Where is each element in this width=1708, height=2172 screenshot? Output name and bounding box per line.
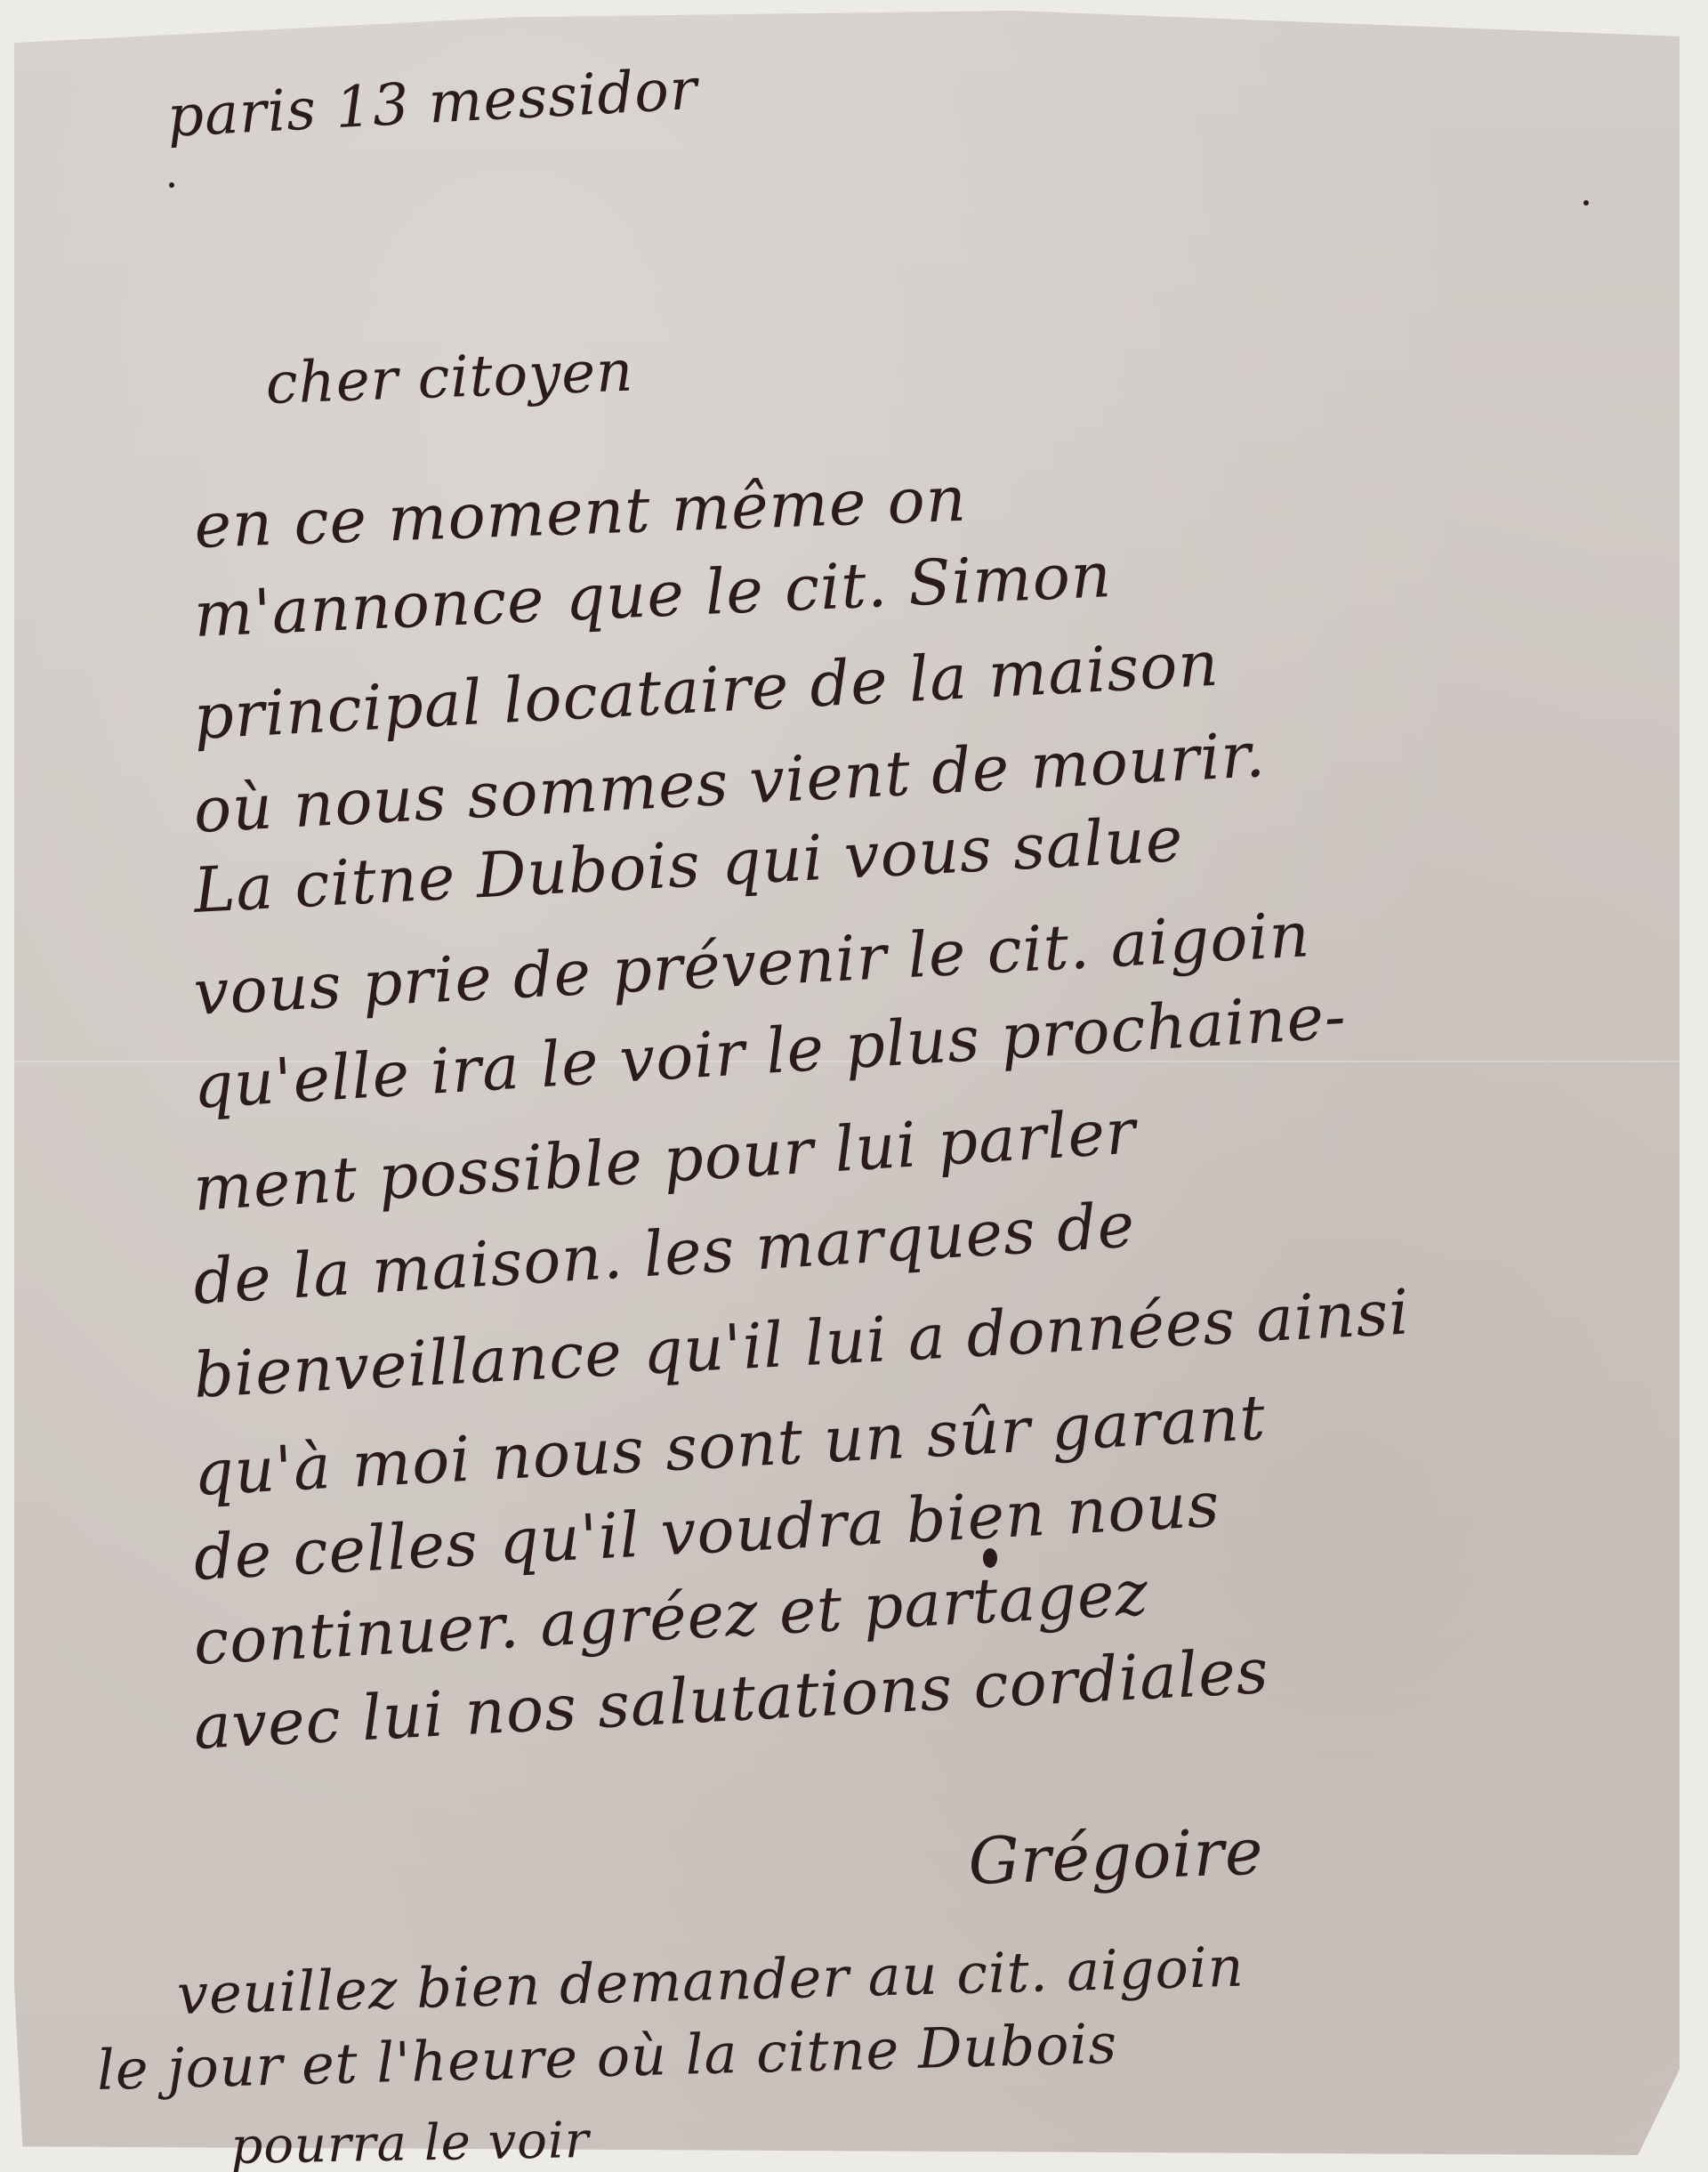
ink-blot xyxy=(169,182,174,188)
letter-salutation: cher citoyen xyxy=(264,339,634,417)
ink-blot xyxy=(1583,200,1589,206)
postscript-line: pourra le voir xyxy=(230,2111,590,2172)
ink-blot xyxy=(983,1548,997,1568)
letter-signature: Grégoire xyxy=(967,1813,1265,1899)
